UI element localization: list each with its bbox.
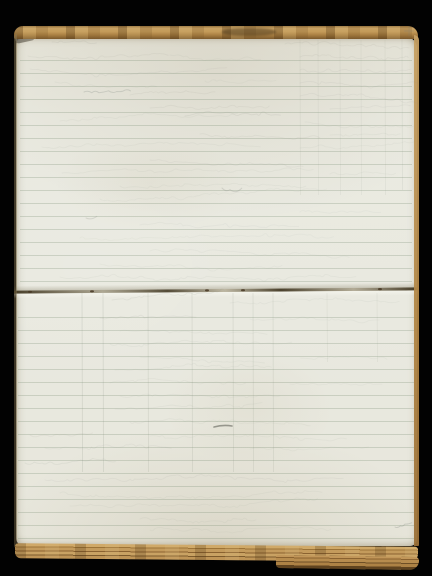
page-edges-top	[14, 26, 418, 39]
page-edges-bottom-stack-right	[276, 555, 419, 570]
lower-page-ruled-lines	[18, 305, 414, 543]
top-edge-smudge	[222, 28, 276, 36]
page-fold-stitched-gutter	[14, 287, 418, 293]
page-edge-left	[14, 34, 17, 548]
page-edges-right	[414, 35, 419, 546]
photo-background	[0, 0, 432, 576]
notebook	[14, 26, 418, 566]
upper-page-ruled-lines	[20, 48, 412, 290]
